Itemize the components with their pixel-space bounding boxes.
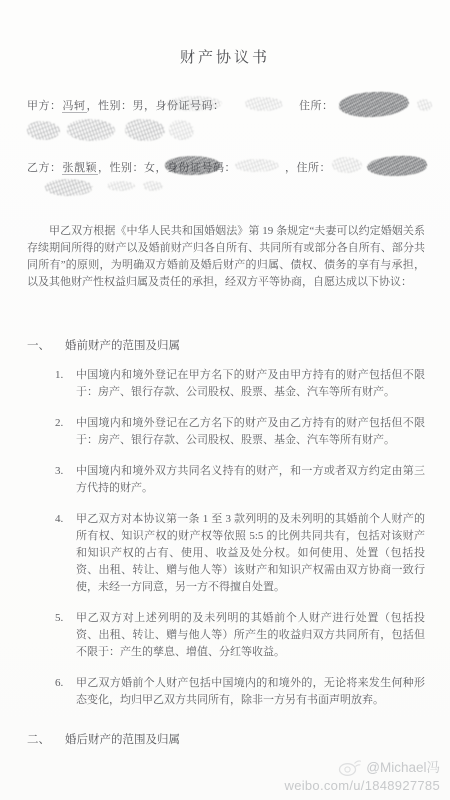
section-1-title: 婚前财产的范围及归属: [65, 337, 180, 353]
section-2-title: 婚后财产的范围及归属: [65, 731, 180, 747]
party-a-name: 冯轲: [62, 100, 87, 113]
party-b-address-label: ，住所：: [285, 159, 331, 175]
list-item: 5. 甲乙双方对上述列明的及未列明的其婚前个人财产进行处置（包括投资、出租、转让…: [55, 610, 425, 661]
redaction-scribble: [27, 120, 61, 140]
list-item: 3. 中国境内和境外双方共同名义持有的财产，和一方或者双方约定由第三方代持的财产…: [55, 463, 425, 497]
list-item: 6. 甲乙双方婚前个人财产包括中国境内的和境外的，无论将来发生何种形态变化，均归…: [55, 675, 425, 709]
list-item: 2. 中国境内和境外登记在乙方名下的财产及由乙方持有的财产包括但不限于：房产、银…: [55, 415, 425, 449]
section-2-heading: 二、 婚后财产的范围及归属: [27, 731, 425, 747]
weibo-eye-logo-icon: [338, 757, 362, 777]
item-text: 甲乙双方对本协议第一条 1 至 3 款列明的及未列明的其婚前个人财产的所有权、知…: [76, 511, 425, 596]
item-number: 4.: [55, 511, 76, 596]
party-b-block: 乙方：张靓颖，性别：女，身份证号码： ，住所：: [27, 159, 425, 209]
page-title: 财产协议书: [0, 0, 450, 67]
section-1-number: 一、: [27, 337, 65, 353]
party-a-prefix: 甲方：: [27, 100, 62, 112]
party-b-line: 乙方：张靓颖，性别：女，身份证号码： ，住所：: [27, 159, 425, 175]
redaction-scribble: [45, 178, 94, 197]
item-text: 甲乙双方婚前个人财产包括中国境内的和境外的，无论将来发生何种形态变化，均归甲乙双…: [76, 675, 425, 709]
item-text: 中国境内和境外登记在甲方名下的财产及由甲方持有的财产包括但不限于：房产、银行存款…: [76, 367, 425, 401]
section-1-heading: 一、 婚前财产的范围及归属: [27, 337, 425, 353]
list-item: 4. 甲乙双方对本协议第一条 1 至 3 款列明的及未列明的其婚前个人财产的所有…: [55, 511, 425, 596]
redaction-scribble: [125, 118, 166, 141]
redaction-scribble: [417, 99, 432, 112]
preamble-paragraph: 甲乙双方根据《中华人民共和国婚姻法》第 19 条规定“夫妻可以约定婚姻关系存续期…: [27, 223, 425, 291]
party-b-prefix: 乙方：: [27, 162, 62, 174]
list-item: 1. 中国境内和境外登记在甲方名下的财产及由甲方持有的财产包括但不限于：房产、银…: [55, 367, 425, 401]
document-photo: 财产协议书 甲方：冯轲，性别：男，身份证号码： 住所： 乙方：张靓颖，性别：女，…: [0, 0, 450, 800]
item-number: 6.: [55, 675, 76, 709]
party-a-block: 甲方：冯轲，性别：男，身份证号码： 住所：: [27, 97, 425, 155]
item-text: 甲乙双方对上述列明的及未列明的其婚前个人财产进行处置（包括投资、出租、转让、赠与…: [76, 610, 425, 661]
section-2-number: 二、: [27, 731, 65, 747]
item-text: 中国境内和境外登记在乙方名下的财产及由乙方持有的财产包括但不限于：房产、银行存款…: [76, 415, 425, 449]
redaction-scribble: [339, 91, 410, 118]
item-number: 1.: [55, 367, 76, 401]
item-number: 5.: [55, 610, 76, 661]
item-number: 3.: [55, 463, 76, 497]
watermark-url: weibo.com/u/1848927785: [285, 777, 441, 794]
item-text: 中国境内和境外双方共同名义持有的财产，和一方或者双方约定由第三方代持的财产。: [76, 463, 425, 497]
party-a-address-label: 住所：: [299, 97, 334, 113]
redaction-scribble: [67, 118, 116, 142]
redaction-scribble: [143, 181, 163, 192]
watermark-handle: @Michael冯: [366, 759, 440, 776]
party-b-name: 张靓颖: [62, 162, 99, 175]
section-1-items: 1. 中国境内和境外登记在甲方名下的财产及由甲方持有的财产包括但不限于：房产、银…: [55, 367, 425, 709]
redaction-scribble: [169, 120, 195, 141]
item-number: 2.: [55, 415, 76, 449]
watermark: @Michael冯 weibo.com/u/1848927785: [285, 757, 441, 794]
redaction-scribble: [107, 181, 135, 192]
